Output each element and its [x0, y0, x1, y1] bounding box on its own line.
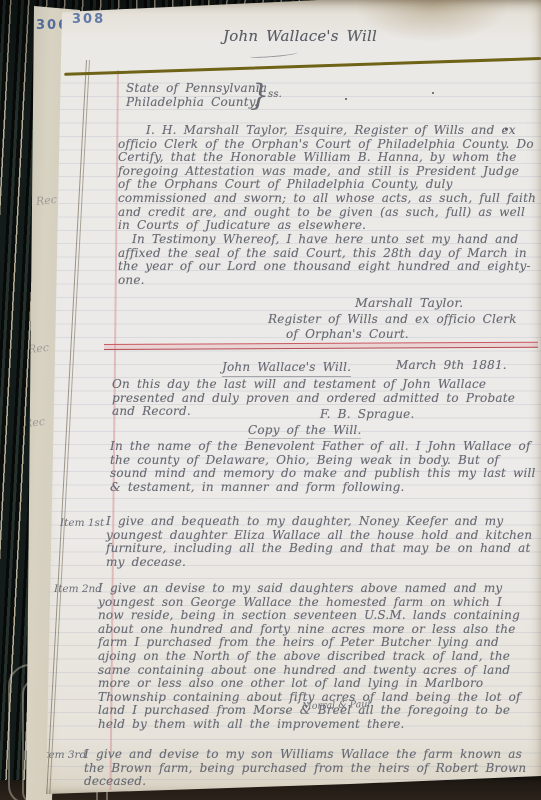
page-vignette — [0, 0, 541, 800]
marginal-note: Rec — [27, 341, 49, 356]
scanned-will-record-page: 306 Rec Rec Rec 308 John Wallace's Will … — [0, 0, 541, 800]
ledger-page: 308 John Wallace's Will State of Pennsyl… — [0, 0, 541, 800]
marginal-note: Rec — [35, 193, 57, 208]
